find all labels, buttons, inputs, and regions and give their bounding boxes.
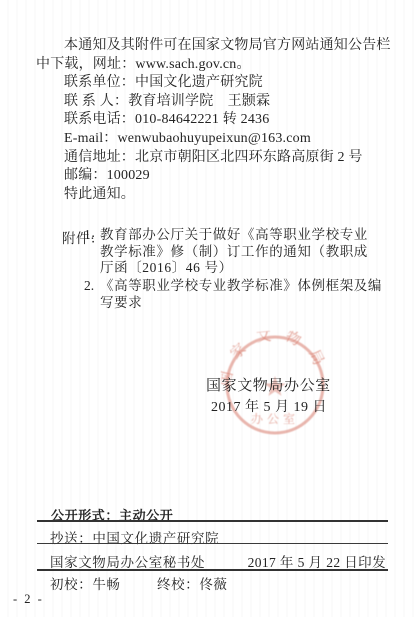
- page-number: - 2 -: [13, 592, 44, 607]
- divider-line: [37, 569, 388, 571]
- contact-label: 联系单位：: [64, 75, 135, 90]
- closing-line: 特此通知。: [36, 186, 388, 205]
- attachment-item: 教育部办公厅关于做好《高等职业学校专业 教学标准》修（制）订工作的通知（教职成 …: [100, 227, 400, 277]
- contact-row-person: 联 系 人：教育培训学院 王颢霖: [36, 93, 388, 112]
- paragraph-line: 本通知及其附件可在国家文物局官方网站通知公告栏: [36, 37, 388, 56]
- attachment-line: 厅函〔2016〕46 号）: [100, 260, 400, 277]
- contact-label: 联 系 人：: [64, 94, 128, 109]
- document-page: 本通知及其附件可在国家文物局官方网站通知公告栏 中下载，网址：www.sach.…: [0, 0, 419, 617]
- proof-value: 牛畅: [92, 577, 120, 592]
- notice-body: 本通知及其附件可在国家文物局官方网站通知公告栏 中下载，网址：www.sach.…: [36, 37, 388, 204]
- proof-label: 终校：: [157, 577, 199, 592]
- contact-label: E-mail：: [64, 131, 118, 146]
- contact-label: 邮编：: [64, 168, 107, 183]
- contact-label: 通信地址：: [64, 150, 135, 165]
- contact-value: 北京市朝阳区北四环东路高原街 2 号: [135, 150, 363, 165]
- attachment-number: 2.: [84, 278, 94, 294]
- final-proofreader: 终校：佟薇: [157, 573, 228, 593]
- attachment-number: 1.: [84, 227, 94, 243]
- contact-row-zip: 邮编：100029: [36, 167, 388, 186]
- attachment-line: 教学标准》修（制）订工作的通知（教职成: [100, 244, 400, 261]
- print-date: 2017 年 5 月 22 日印发: [248, 551, 386, 571]
- signature-organization: 国家文物局办公室: [206, 374, 331, 395]
- cc-row: 抄送：中国文化遗产研究院: [50, 527, 219, 547]
- contact-row-address: 通信地址：北京市朝阳区北四环东路高原街 2 号: [36, 149, 388, 168]
- divider-line: [37, 543, 388, 544]
- contact-row-phone: 联系电话：010-84642221 转 2436: [36, 111, 388, 130]
- contact-value: 010-84642221 转 2436: [135, 112, 269, 127]
- proof-value: 佟薇: [199, 577, 227, 592]
- attachment-line: 《高等职业学校专业教学标准》体例框架及编: [100, 278, 400, 295]
- contact-label: 联系电话：: [64, 112, 135, 127]
- contact-value: 中国文化遗产研究院: [135, 75, 263, 90]
- attachment-line: 教育部办公厅关于做好《高等职业学校专业: [100, 227, 400, 244]
- attachment-item: 《高等职业学校专业教学标准》体例框架及编 写要求: [100, 278, 400, 311]
- contact-value: 100029: [107, 168, 150, 183]
- contact-row-unit: 联系单位：中国文化遗产研究院: [36, 74, 388, 93]
- divider-line: [37, 520, 388, 522]
- contact-value: 教育培训学院 王颢霖: [128, 94, 270, 109]
- issuing-office: 国家文物局办公室秘书处: [50, 551, 205, 571]
- paragraph-line: 中下载，网址：www.sach.gov.cn。: [36, 56, 388, 75]
- proof-label: 初校：: [50, 577, 92, 592]
- attachments-label: 附件：: [62, 227, 104, 247]
- first-proofreader: 初校：牛畅: [50, 573, 121, 593]
- contact-row-email: E-mail：wenwubaohuyupeixun@163.com: [36, 130, 388, 149]
- signature-date: 2017 年 5 月 19 日: [211, 396, 327, 416]
- attachment-line: 写要求: [100, 295, 400, 312]
- contact-value: wenwubaohuyupeixun@163.com: [118, 131, 311, 146]
